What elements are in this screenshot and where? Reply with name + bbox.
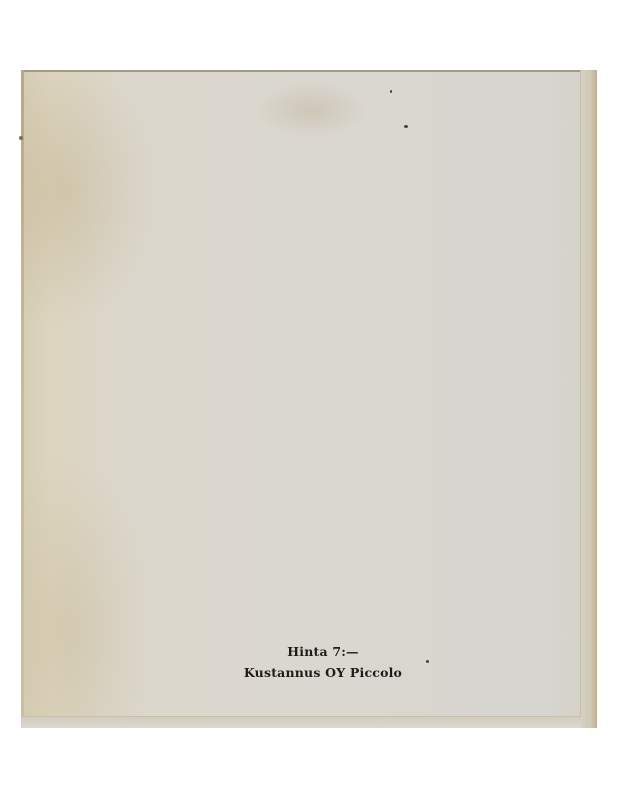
publisher-text: Kustannus OY Piccolo [35, 665, 611, 680]
price-text: Hinta 7:— [35, 644, 611, 659]
photo-canvas: Hinta 7:— Kustannus OY Piccolo [0, 0, 618, 800]
paper-speck [390, 90, 392, 93]
book-back-cover: Hinta 7:— Kustannus OY Piccolo [21, 70, 597, 728]
paper-speck [404, 125, 408, 128]
right-edge-turn-in [580, 70, 597, 728]
bottom-edge-turn-in [21, 716, 581, 728]
spine-edge [21, 70, 24, 728]
paper-speck [19, 136, 23, 140]
paper-speck [426, 660, 429, 663]
